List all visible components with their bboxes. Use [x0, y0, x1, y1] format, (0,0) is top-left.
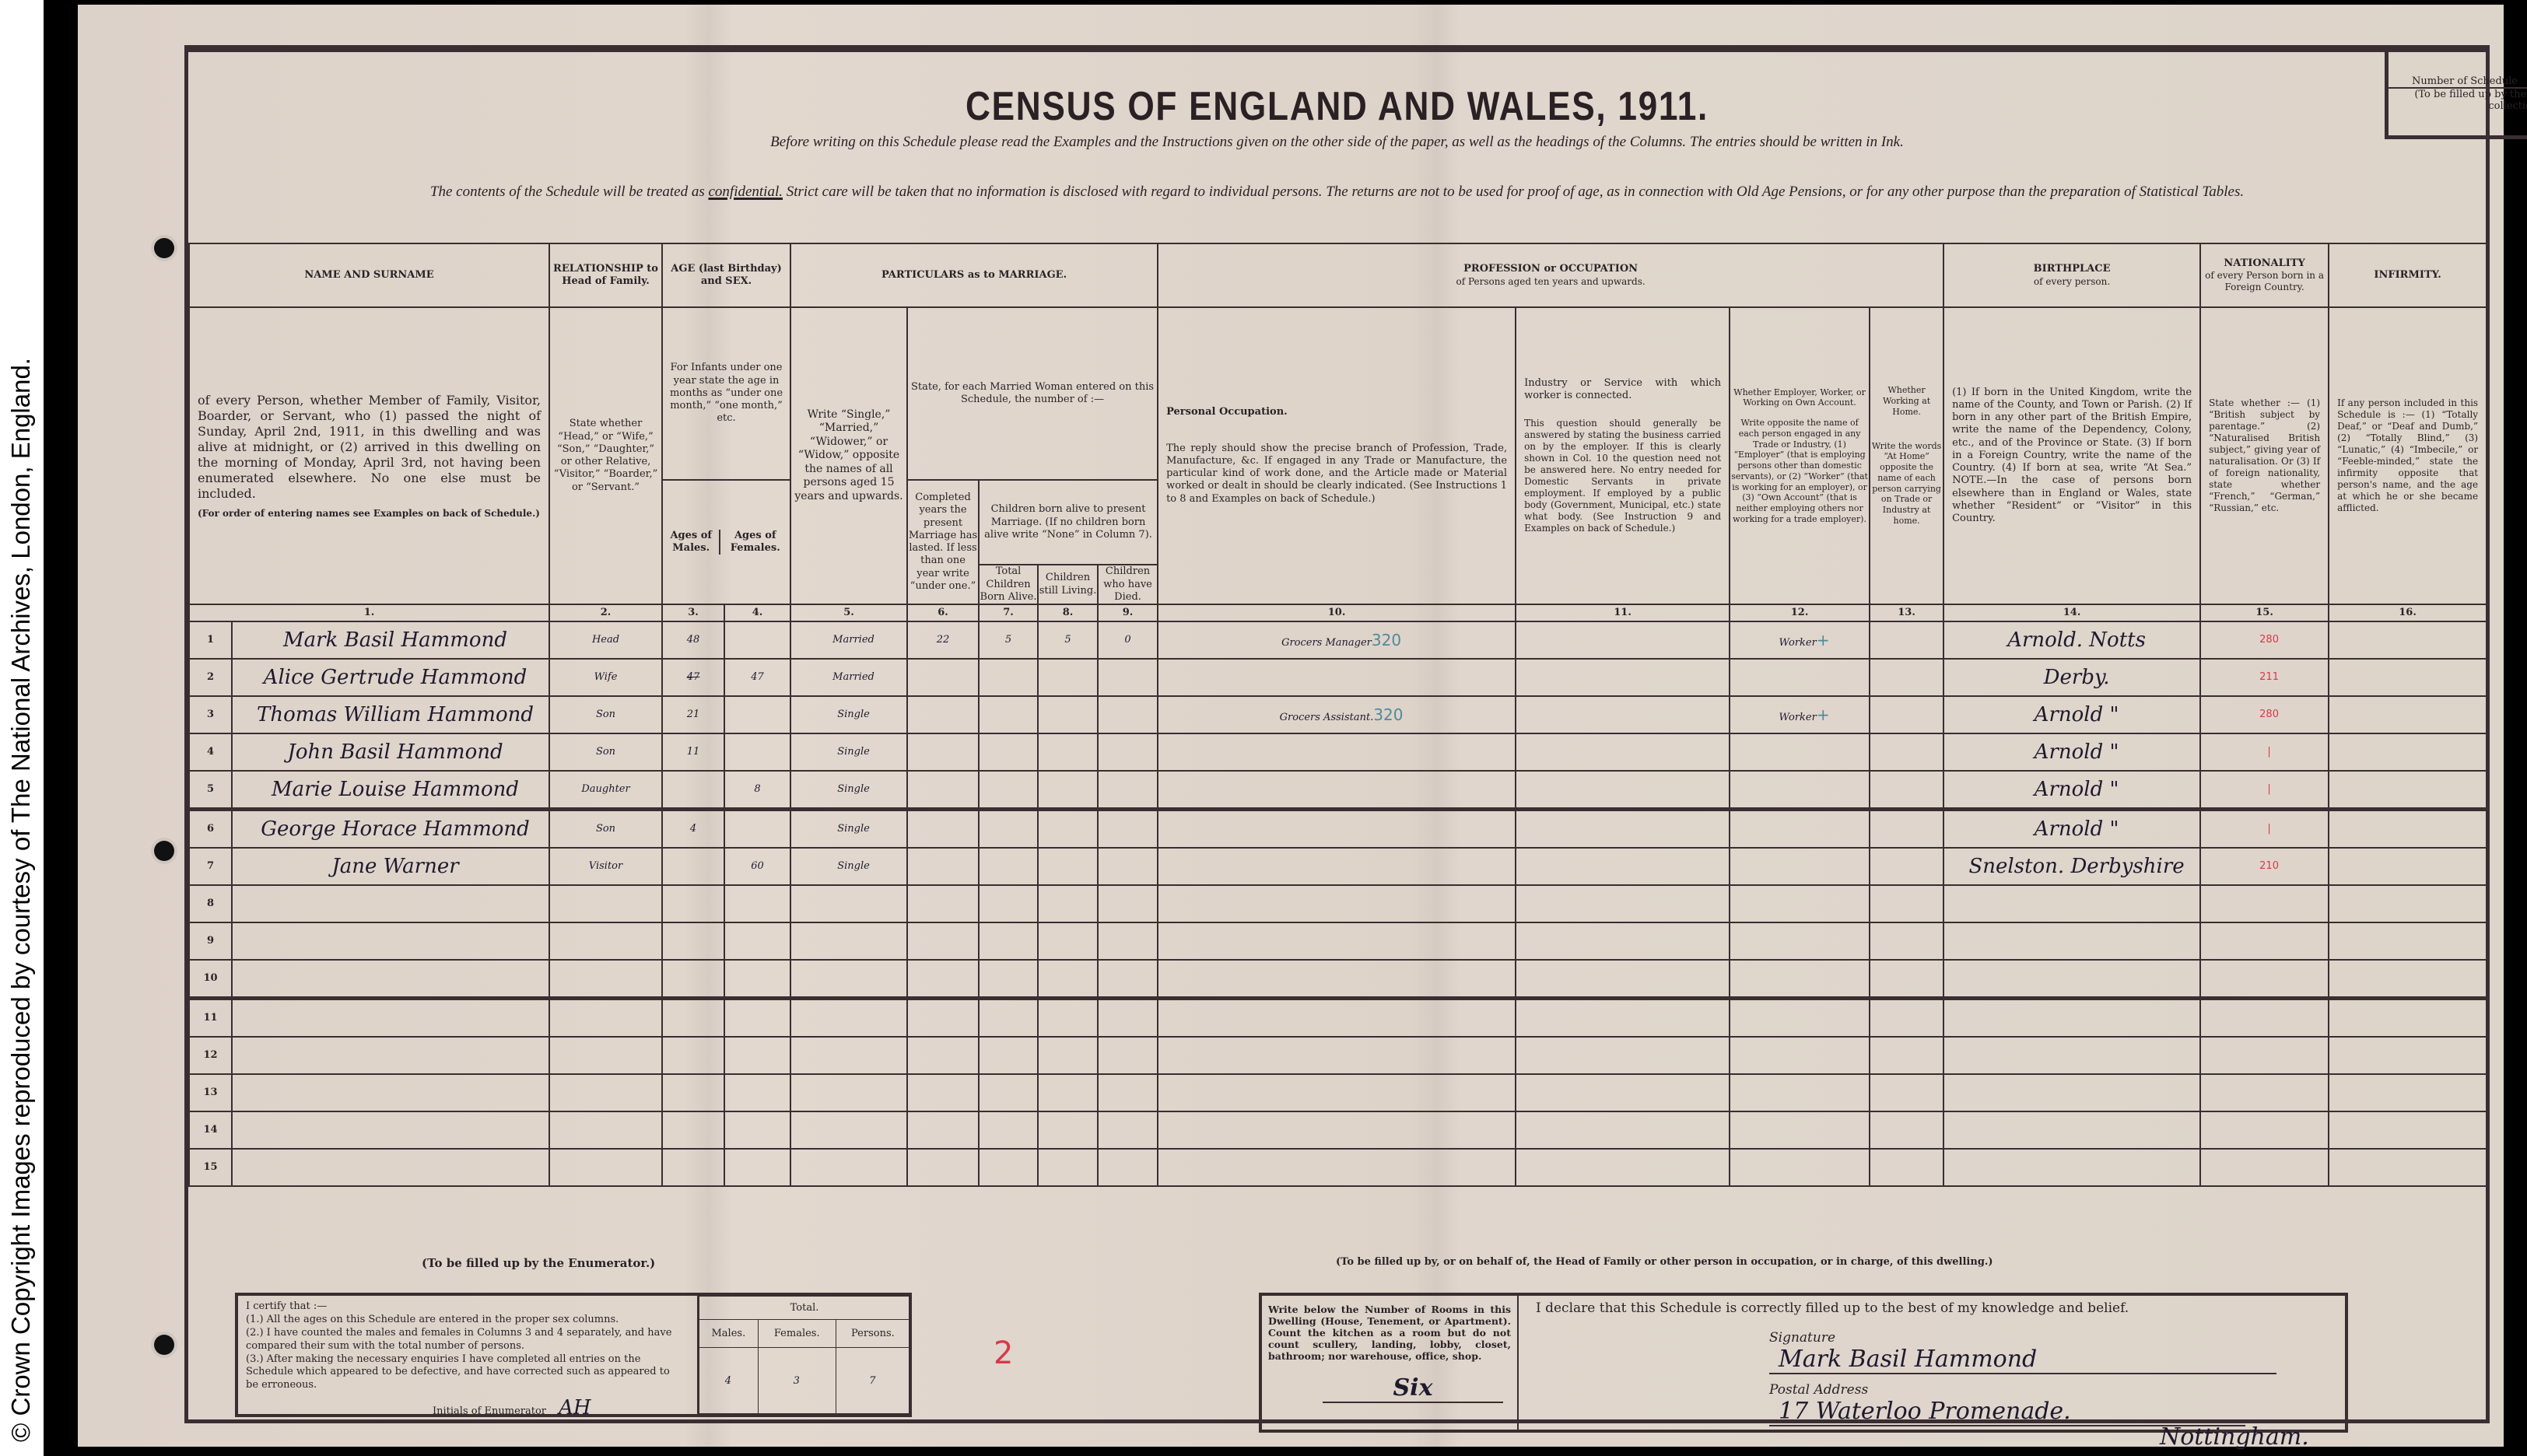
confidentiality-notice: The contents of the Schedule will be tre…	[188, 181, 2486, 204]
red-annotation: 2	[994, 1335, 1013, 1371]
occupier-declaration: Write below the Number of Rooms in this …	[1259, 1293, 2348, 1433]
cell-died	[1098, 960, 1158, 999]
cell-years	[907, 1037, 979, 1074]
cell-occupation	[1158, 1149, 1516, 1186]
cell-living	[1038, 960, 1098, 999]
desc-children-died: Children who have Died.	[1098, 565, 1158, 604]
cell-marital: Single	[790, 696, 907, 733]
cell-birthplace: Derby.	[1943, 659, 2200, 696]
cell-male: 48	[662, 621, 724, 659]
header-age: AGE (last Birthday) and SEX.	[662, 243, 790, 307]
cell-home	[1870, 621, 1943, 659]
cell-female	[724, 960, 790, 999]
cell-birthplace	[1943, 960, 2200, 999]
cell-name	[232, 885, 549, 922]
desc-birthplace: (1) If born in the United Kingdom, write…	[1943, 307, 2200, 604]
postal-address-line1: 17 Waterloo Promenade.	[1769, 1398, 2245, 1426]
cell-living	[1038, 848, 1098, 885]
cell-died	[1098, 810, 1158, 849]
table-row: 9	[189, 922, 2487, 960]
cell-birthplace: Snelston. Derbyshire	[1943, 848, 2200, 885]
check-mark-icon: +	[1817, 705, 1830, 724]
cell-name	[232, 960, 549, 999]
cell-nat	[2200, 922, 2329, 960]
desc-total-children: Total Children Born Alive.	[979, 565, 1038, 604]
cell-years	[907, 960, 979, 999]
cell-female	[724, 810, 790, 849]
cell-infirmity	[2329, 1111, 2487, 1149]
header-birthplace: BIRTHPLACE of every person.	[1943, 243, 2200, 307]
cell-infirmity	[2329, 1074, 2487, 1111]
table-row: 6George Horace HammondSon4SingleArnold "…	[189, 810, 2487, 849]
cell-occupation: Grocers Assistant.320	[1158, 696, 1516, 733]
cell-n: 7	[189, 848, 232, 885]
cell-n: 6	[189, 810, 232, 849]
cell-years	[907, 1111, 979, 1149]
cell-name: Thomas William Hammond	[232, 696, 549, 733]
cell-n: 14	[189, 1111, 232, 1149]
cell-marital	[790, 1037, 907, 1074]
cell-nat	[2200, 960, 2329, 999]
cell-born	[979, 999, 1038, 1038]
cell-industry	[1516, 885, 1730, 922]
cell-nat: 210	[2200, 848, 2329, 885]
cell-female	[724, 621, 790, 659]
cell-industry	[1516, 1037, 1730, 1074]
punch-hole-icon	[154, 841, 174, 861]
signature: Mark Basil Hammond	[1769, 1346, 2276, 1374]
cell-industry	[1516, 960, 1730, 999]
cell-male	[662, 1037, 724, 1074]
cell-name: George Horace Hammond	[232, 810, 549, 849]
table-row: 7Jane WarnerVisitor60SingleSnelston. Der…	[189, 848, 2487, 885]
cell-n: 9	[189, 922, 232, 960]
cell-male	[662, 1149, 724, 1186]
cell-birthplace	[1943, 1111, 2200, 1149]
cell-rel	[549, 960, 662, 999]
desc-infants: For Infants under one year state the age…	[662, 307, 790, 480]
cell-died	[1098, 848, 1158, 885]
total-females: 3	[758, 1348, 836, 1414]
cell-died	[1098, 733, 1158, 771]
cell-male: 4	[662, 810, 724, 849]
cell-home	[1870, 1111, 1943, 1149]
cell-infirmity	[2329, 621, 2487, 659]
cell-employer	[1730, 848, 1870, 885]
cell-occupation	[1158, 1037, 1516, 1074]
cell-industry	[1516, 659, 1730, 696]
cell-born	[979, 848, 1038, 885]
cell-occupation	[1158, 922, 1516, 960]
cell-home	[1870, 960, 1943, 999]
cell-marital	[790, 922, 907, 960]
cell-male	[662, 1111, 724, 1149]
occupation-code: 320	[1373, 705, 1403, 724]
cell-marital: Married	[790, 659, 907, 696]
cell-male: 21	[662, 696, 724, 733]
cell-industry	[1516, 733, 1730, 771]
cell-name	[232, 999, 549, 1038]
cell-home	[1870, 848, 1943, 885]
cell-infirmity	[2329, 885, 2487, 922]
cell-marital: Single	[790, 810, 907, 849]
cell-years	[907, 659, 979, 696]
cell-years	[907, 999, 979, 1038]
cell-infirmity	[2329, 810, 2487, 849]
cell-marital: Single	[790, 848, 907, 885]
cell-marital	[790, 960, 907, 999]
cell-born	[979, 960, 1038, 999]
check-mark-icon: +	[1817, 631, 1830, 649]
table-row: 2Alice Gertrude HammondWife4747MarriedDe…	[189, 659, 2487, 696]
table-row: 14	[189, 1111, 2487, 1149]
cell-died	[1098, 1037, 1158, 1074]
cell-n: 2	[189, 659, 232, 696]
employer-status: Worker	[1779, 712, 1817, 723]
cell-born	[979, 885, 1038, 922]
cell-employer	[1730, 659, 1870, 696]
postal-address-line2: Nottingham.	[2150, 1423, 2336, 1451]
cell-industry	[1516, 696, 1730, 733]
cell-employer	[1730, 1037, 1870, 1074]
cell-marital	[790, 1074, 907, 1111]
cell-died	[1098, 1149, 1158, 1186]
desc-at-home: Whether Working at Home. Write the words…	[1870, 307, 1943, 604]
cell-born	[979, 1149, 1038, 1186]
cell-died	[1098, 1074, 1158, 1111]
cell-employer	[1730, 885, 1870, 922]
cell-n: 4	[189, 733, 232, 771]
cell-name	[232, 1149, 549, 1186]
cell-n: 10	[189, 960, 232, 999]
cell-years	[907, 1149, 979, 1186]
cell-living	[1038, 1111, 1098, 1149]
cell-occupation	[1158, 810, 1516, 849]
desc-name: of every Person, whether Member of Famil…	[189, 307, 549, 604]
cell-born	[979, 922, 1038, 960]
cell-died	[1098, 885, 1158, 922]
cell-birthplace	[1943, 1149, 2200, 1186]
total-persons: 7	[836, 1348, 910, 1414]
cell-nat	[2200, 1111, 2329, 1149]
cell-name: John Basil Hammond	[232, 733, 549, 771]
cell-nat	[2200, 885, 2329, 922]
cell-employer	[1730, 771, 1870, 810]
cell-rel: Visitor	[549, 848, 662, 885]
table-row: 1Mark Basil HammondHead48Married22550Gro…	[189, 621, 2487, 659]
cell-occupation	[1158, 659, 1516, 696]
desc-married-woman: State, for each Married Woman entered on…	[907, 307, 1158, 480]
cell-employer	[1730, 1111, 1870, 1149]
cell-years	[907, 771, 979, 810]
cell-birthplace: Arnold "	[1943, 810, 2200, 849]
table-row: 12	[189, 1037, 2487, 1074]
cell-born	[979, 733, 1038, 771]
cell-born	[979, 1037, 1038, 1074]
rooms-count: Six	[1323, 1374, 1503, 1403]
cell-infirmity	[2329, 696, 2487, 733]
cell-born: 5	[979, 621, 1038, 659]
cell-nat: |	[2200, 733, 2329, 771]
page-title: CENSUS OF ENGLAND AND WALES, 1911.	[360, 83, 2313, 130]
cell-n: 8	[189, 885, 232, 922]
cell-infirmity	[2329, 1037, 2487, 1074]
cell-marital: Married	[790, 621, 907, 659]
cell-marital	[790, 999, 907, 1038]
desc-nationality: State whether :— (1) “British subject by…	[2200, 307, 2329, 604]
enumerator-certificate: I certify that :— (1.) All the ages on t…	[235, 1293, 912, 1417]
cell-employer	[1730, 1149, 1870, 1186]
cell-living	[1038, 696, 1098, 733]
cell-female	[724, 1149, 790, 1186]
header-infirmity: INFIRMITY.	[2329, 243, 2487, 307]
cell-home	[1870, 733, 1943, 771]
cell-female	[724, 1111, 790, 1149]
cell-home	[1870, 885, 1943, 922]
table-row: 13	[189, 1074, 2487, 1111]
copyright-notice: © Crown Copyright Images reproduced by c…	[5, 331, 37, 1448]
desc-personal-occupation: Personal Occupation. The reply should sh…	[1158, 307, 1516, 604]
cell-female	[724, 885, 790, 922]
cell-home	[1870, 696, 1943, 733]
desc-ages-split: Ages of Males. Ages of Females.	[662, 480, 790, 604]
schedule-number-label: Number of Schedule	[2389, 75, 2527, 89]
cell-name: Marie Louise Hammond	[232, 771, 549, 810]
cell-died	[1098, 999, 1158, 1038]
cell-industry	[1516, 810, 1730, 849]
cell-n: 15	[189, 1149, 232, 1186]
cell-rel: Son	[549, 810, 662, 849]
census-form: CENSUS OF ENGLAND AND WALES, 1911. Befor…	[184, 45, 2490, 1423]
header-name: NAME AND SURNAME	[189, 243, 549, 307]
cell-name	[232, 1111, 549, 1149]
enumerator-initials: AH	[549, 1396, 591, 1419]
cell-living	[1038, 1149, 1098, 1186]
cell-marital: Single	[790, 771, 907, 810]
cell-female	[724, 1074, 790, 1111]
cell-nat: 280	[2200, 696, 2329, 733]
cell-infirmity	[2329, 733, 2487, 771]
cell-nat: |	[2200, 771, 2329, 810]
cell-marital	[790, 1149, 907, 1186]
cell-living	[1038, 885, 1098, 922]
cell-female	[724, 733, 790, 771]
cell-years	[907, 885, 979, 922]
table-row: 3Thomas William HammondSon21SingleGrocer…	[189, 696, 2487, 733]
ink-instruction: Before writing on this Schedule please r…	[188, 134, 2486, 151]
cell-rel: Son	[549, 733, 662, 771]
cell-infirmity	[2329, 1149, 2487, 1186]
cell-nat	[2200, 999, 2329, 1038]
cell-occupation	[1158, 771, 1516, 810]
cell-living: 5	[1038, 621, 1098, 659]
cell-nat: |	[2200, 810, 2329, 849]
cell-female	[724, 999, 790, 1038]
cell-male	[662, 1074, 724, 1111]
table-row: 15	[189, 1149, 2487, 1186]
cell-occupation	[1158, 885, 1516, 922]
cell-female	[724, 922, 790, 960]
cell-born	[979, 1111, 1038, 1149]
cell-occupation	[1158, 733, 1516, 771]
cell-name: Alice Gertrude Hammond	[232, 659, 549, 696]
cell-n: 13	[189, 1074, 232, 1111]
cell-rel	[549, 885, 662, 922]
cell-birthplace: Arnold "	[1943, 696, 2200, 733]
cell-living	[1038, 1037, 1098, 1074]
table-row: 4John Basil HammondSon11SingleArnold "|	[189, 733, 2487, 771]
cell-nat	[2200, 1074, 2329, 1111]
cell-nat: 280	[2200, 621, 2329, 659]
cell-living	[1038, 922, 1098, 960]
cell-birthplace: Arnold "	[1943, 733, 2200, 771]
cell-died	[1098, 696, 1158, 733]
cell-employer: Worker+	[1730, 621, 1870, 659]
cell-male: 11	[662, 733, 724, 771]
census-table: NAME AND SURNAME RELATIONSHIP to Head of…	[188, 243, 2487, 1187]
cell-marital: Single	[790, 733, 907, 771]
occupation-text: Grocers Assistant.	[1280, 712, 1374, 723]
schedule-number-note: (To be filled up by the Enumerator after…	[2389, 89, 2527, 112]
totals-box: Total. Males. Females. Persons. 4 3 7	[697, 1296, 910, 1414]
cell-employer	[1730, 1074, 1870, 1111]
cell-occupation	[1158, 848, 1516, 885]
cell-infirmity	[2329, 999, 2487, 1038]
cell-n: 11	[189, 999, 232, 1038]
cell-living	[1038, 999, 1098, 1038]
cell-birthplace	[1943, 1037, 2200, 1074]
cell-n: 12	[189, 1037, 232, 1074]
desc-children-born: Children born alive to present Marriage.…	[979, 480, 1158, 565]
declaration-text: I declare that this Schedule is correctl…	[1536, 1300, 2336, 1316]
cell-nat: 211	[2200, 659, 2329, 696]
cell-n: 1	[189, 621, 232, 659]
cell-rel: Son	[549, 696, 662, 733]
table-row: 5Marie Louise HammondDaughter8SingleArno…	[189, 771, 2487, 810]
cell-female	[724, 696, 790, 733]
cell-living	[1038, 733, 1098, 771]
cell-died	[1098, 771, 1158, 810]
census-schedule-page: CENSUS OF ENGLAND AND WALES, 1911. Befor…	[78, 5, 2504, 1447]
column-headers: NAME AND SURNAME RELATIONSHIP to Head of…	[189, 243, 2487, 307]
cell-employer	[1730, 960, 1870, 999]
cell-marital	[790, 1111, 907, 1149]
cell-home	[1870, 1074, 1943, 1111]
occupier-heading: (To be filled up by, or on behalf of, th…	[1336, 1256, 1993, 1268]
cell-employer	[1730, 810, 1870, 849]
cell-birthplace	[1943, 1074, 2200, 1111]
cell-rel	[549, 1149, 662, 1186]
cell-years	[907, 922, 979, 960]
cell-male	[662, 960, 724, 999]
cell-rel	[549, 1037, 662, 1074]
occupation-text: Grocers Manager	[1281, 637, 1372, 649]
cell-female	[724, 1037, 790, 1074]
cell-years: 22	[907, 621, 979, 659]
cell-industry	[1516, 848, 1730, 885]
cell-rel	[549, 999, 662, 1038]
cell-home	[1870, 1149, 1943, 1186]
occupation-code: 320	[1372, 631, 1401, 649]
cell-years	[907, 733, 979, 771]
cell-infirmity	[2329, 922, 2487, 960]
cell-years	[907, 810, 979, 849]
cell-occupation	[1158, 1074, 1516, 1111]
desc-children-living: Children still Living.	[1038, 565, 1098, 604]
cell-infirmity	[2329, 659, 2487, 696]
desc-ages-females: Ages of Females.	[720, 530, 790, 555]
cell-employer	[1730, 922, 1870, 960]
desc-relationship: State whether “Head,” or “Wife,” “Son,” …	[549, 307, 662, 604]
cell-occupation	[1158, 1111, 1516, 1149]
cell-industry	[1516, 999, 1730, 1038]
cell-years	[907, 1074, 979, 1111]
rooms-box: Write below the Number of Rooms in this …	[1262, 1296, 1519, 1430]
column-number-row: 1. 2. 3. 4. 5. 6. 7. 8. 9. 10. 11. 12. 1…	[189, 604, 2487, 621]
total-males: 4	[699, 1348, 759, 1414]
cell-employer	[1730, 733, 1870, 771]
cell-died	[1098, 1111, 1158, 1149]
header-nationality: NATIONALITY of every Person born in a Fo…	[2200, 243, 2329, 307]
cell-born	[979, 1074, 1038, 1111]
cell-rel	[549, 1111, 662, 1149]
cell-birthplace: Arnold "	[1943, 771, 2200, 810]
column-descriptions: of every Person, whether Member of Famil…	[189, 307, 2487, 480]
cell-living	[1038, 810, 1098, 849]
header-marriage: PARTICULARS as to MARRIAGE.	[790, 243, 1158, 307]
cell-occupation: Grocers Manager320	[1158, 621, 1516, 659]
header-occupation: PROFESSION or OCCUPATION of Persons aged…	[1158, 243, 1943, 307]
cell-birthplace: Arnold. Notts	[1943, 621, 2200, 659]
punch-hole-icon	[154, 238, 174, 258]
cell-male	[662, 999, 724, 1038]
cell-industry	[1516, 1111, 1730, 1149]
cell-nat	[2200, 1149, 2329, 1186]
cell-name: Mark Basil Hammond	[232, 621, 549, 659]
household-rows: 1Mark Basil HammondHead48Married22550Gro…	[189, 621, 2487, 1186]
cell-occupation	[1158, 960, 1516, 999]
cell-nat	[2200, 1037, 2329, 1074]
cell-male	[662, 848, 724, 885]
cell-died	[1098, 922, 1158, 960]
cell-infirmity	[2329, 771, 2487, 810]
desc-infirmity: If any person included in this Schedule …	[2329, 307, 2487, 604]
punch-hole-icon	[154, 1335, 174, 1355]
cell-birthplace	[1943, 922, 2200, 960]
cell-infirmity	[2329, 848, 2487, 885]
employer-status: Worker	[1779, 637, 1817, 649]
cell-born	[979, 659, 1038, 696]
cell-female: 60	[724, 848, 790, 885]
cell-born	[979, 696, 1038, 733]
cell-industry	[1516, 1149, 1730, 1186]
cell-industry	[1516, 621, 1730, 659]
cell-male	[662, 885, 724, 922]
cell-employer: Worker+	[1730, 696, 1870, 733]
cell-name: Jane Warner	[232, 848, 549, 885]
cell-n: 3	[189, 696, 232, 733]
cell-industry	[1516, 922, 1730, 960]
cell-male: 47	[662, 659, 724, 696]
cell-n: 5	[189, 771, 232, 810]
cell-name	[232, 922, 549, 960]
desc-employer: Whether Employer, Worker, or Working on …	[1730, 307, 1870, 604]
desc-marital: Write “Single,” “Married,” “Widower,” or…	[790, 307, 907, 604]
cell-male	[662, 771, 724, 810]
schedule-number-box: 182 Number of Schedule (To be filled up …	[2385, 52, 2527, 139]
table-row: 8	[189, 885, 2487, 922]
cell-died: 0	[1098, 621, 1158, 659]
